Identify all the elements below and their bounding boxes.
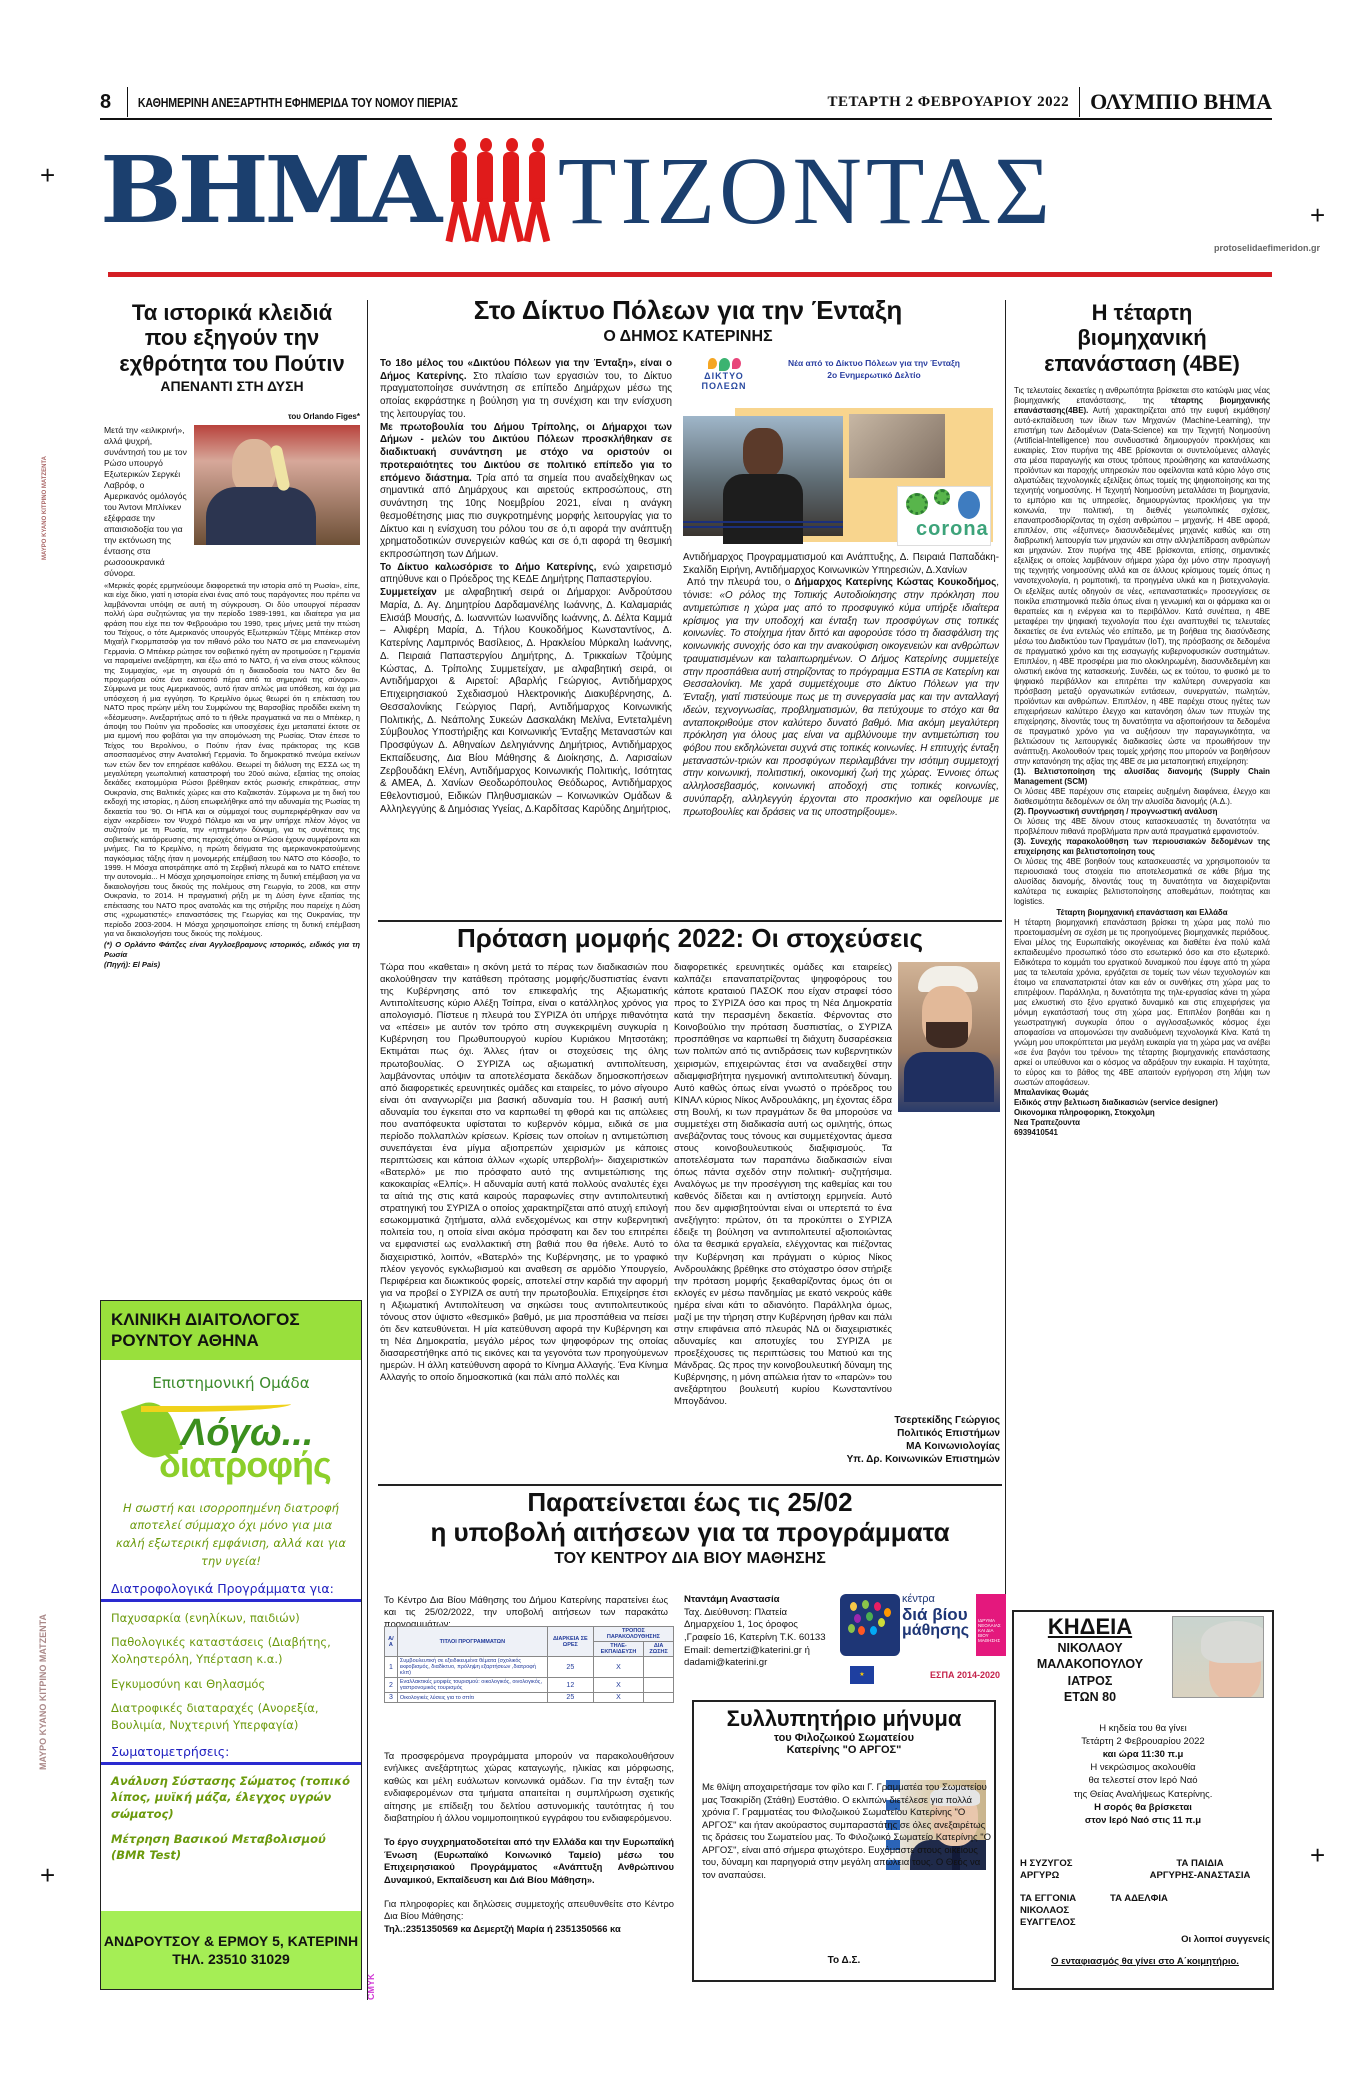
sewing-photo <box>849 414 945 478</box>
mayor-name: Δήμαρχος Κατερίνης Κώστας Κουκοδήμος <box>794 577 996 588</box>
section-divider <box>378 1484 1002 1486</box>
lifelong-contact: Νταντάμη Αναστασία Ταχ. Διεύθυνση: Πλατε… <box>684 1594 834 1670</box>
article-headline: Η τέταρτη βιομηχανική επανάσταση (4ΒΕ) <box>1014 300 1270 376</box>
mayor-quote: «Ο ρόλος της Τοπικής Αυτοδιοίκησης στην … <box>683 590 999 817</box>
article-headline: η υποβολή αιτήσεων για τα προγράμματα <box>370 1518 1010 1548</box>
motion-signature: Τσερτεκίδης Γεώργιος Πολιτικός Επιστήμων… <box>690 1414 1000 1466</box>
masthead: ΒΗΜΑ ΤΙΖΟΝΤΑΣ <box>100 130 1272 250</box>
program-item: Εγκυμοσύνη και Θηλασμός <box>101 1668 361 1693</box>
network-article-col1: Το 18ο μέλος του «Δικτύου Πόλεων για την… <box>380 358 672 816</box>
page-number: 8 <box>100 87 128 117</box>
masthead-red-rule <box>108 272 1272 277</box>
putin-photo <box>194 425 360 545</box>
condolence-sign: Το Δ.Σ. <box>694 1955 994 1966</box>
article-source: (Πηγή): El Pais) <box>104 960 360 970</box>
side-color-label: ΜΑΥΡΟ ΚΥΑΝΟ ΚΙΤΡΙΝΟ ΜΑΤΖΕΝΤΑ <box>38 1614 48 1770</box>
registration-mark-icon: + <box>1310 202 1325 228</box>
article-footnote: (*) Ο Ορλάντο Φάιτζες είναι Αγγλοεβραμον… <box>104 940 360 959</box>
diet-logo-icon: Λόγω... διατροφής <box>121 1396 341 1486</box>
measure-item: Μέτρηση Βασικού Μεταβολισμού (BMR Test) <box>101 1823 361 1864</box>
network-article: Στο Δίκτυο Πόλεων για την Ένταξη Ο ΔΗΜΟΣ… <box>378 296 998 346</box>
condolence-title: Συλλυπητήριο μήνυμα <box>694 1706 994 1732</box>
article-headline: Τα ιστορικά κλειδιά που εξηγούν την εχθρ… <box>104 300 360 376</box>
corona-drawing: corona <box>897 486 991 546</box>
ad-address: ΑΝΔΡΟΥΤΣΟΥ & ΕΡΜΟΥ 5, ΚΑΤΕΡΙΝΗ <box>101 1933 361 1951</box>
article-body: «Μερικές φορές ερμηνεύουμε διαφορετικά τ… <box>104 581 360 938</box>
author-name: Μπαλανίκας Θωμάς <box>1014 1088 1270 1098</box>
espa-logo: ΕΣΠΑ 2014-2020 <box>930 1670 1000 1680</box>
table-row: 1 Συμβουλευτική σε εξειδικευμένα θέματα … <box>385 1657 674 1678</box>
measure-item: Ανάλυση Σύστασης Σώματος (τοπικό λίπος, … <box>101 1765 361 1823</box>
programs-heading: Διατροφολογικά Προγράμματα για: <box>101 1581 361 1602</box>
table-row: 2 Εναλλακτικές μορφές τουρισμού: οικολογ… <box>385 1678 674 1693</box>
measures-heading: Σωματομετρήσεις: <box>101 1744 361 1765</box>
section-divider <box>378 920 1002 922</box>
ad-phone: ΤΗΛ. 23510 31029 <box>101 1951 361 1969</box>
network-logo-icon: ΔΙΚΤΥΟ ΠΟΛΕΩΝ <box>699 358 749 391</box>
paper-description: ΚΑΘΗΜΕΡΙΝΗ ΑΝΕΞΑΡΤΗΤΗ ΕΦΗΜΕΡΙΔΑ ΤΟΥ ΝΟΜΟ… <box>128 95 458 110</box>
condolence-text: Με θλίψη αποχαιρετήσαμε τον φίλο και Γ. … <box>702 1782 992 1882</box>
article-subtitle: Ο ΔΗΜΟΣ ΚΑΤΕΡΙΝΗΣ <box>378 328 998 346</box>
article-byline: του Orlando Figes* <box>104 412 360 421</box>
masthead-right-word: ΤΙΖΟΝΤΑΣ <box>558 135 1054 246</box>
article-subtitle: ΤΟΥ ΚΕΝΤΡΟΥ ΔΙΑ ΒΙΟΥ ΜΑΘΗΣΗΣ <box>370 1550 1010 1568</box>
column-divider <box>1005 300 1006 1600</box>
putin-article: Τα ιστορικά κλειδιά που εξηγούν την εχθρ… <box>104 300 360 969</box>
masthead-left-word: ΒΗΜΑ <box>100 136 438 244</box>
kitchen-photo <box>683 416 843 536</box>
article-headline: Πρόταση μομφής 2022: Οι στοχεύσεις <box>378 924 1002 954</box>
paragraph: με αλφαβητική σειρά οι Δήμαρχοι: Ανδρούτ… <box>380 587 672 814</box>
paper-name: ΟΛΥΜΠΙΟ ΒΗΜΑ <box>1080 89 1272 115</box>
newsletter-title: Νέα από το Δίκτυο Πόλεων για την Ένταξη <box>759 358 989 368</box>
registration-mark-icon: + <box>40 1862 55 1888</box>
dietitian-ad: ΚΛΙΝΙΚΗ ΔΙΑΙΤΟΛΟΓΟΣ ΡΟΥΝΤΟΥ ΑΘΗΝΑ Επιστη… <box>100 1300 362 1990</box>
lifelong-article: Παρατείνεται έως τις 25/02 η υποβολή αιτ… <box>370 1488 1010 1568</box>
registration-mark-icon: + <box>40 162 55 188</box>
author-photo <box>898 962 1000 1112</box>
motion-col1: Τώρα που «καθεται» η σκόνη μετά το πέρας… <box>380 962 668 1384</box>
programs-table: Α/Α ΤΙΤΛΟΙ ΠΡΟΓΡΑΜΜΑΤΩΝ ΔΙΑΡΚΕΙΑ ΣΕ ΩΡΕΣ… <box>384 1626 674 1703</box>
paragraph-bold: Συμμετείχαν <box>380 587 437 598</box>
paragraph-bold: Το Δίκτυο καλωσόρισε το Δήμο Κατερίνης, <box>380 562 596 573</box>
column-divider <box>367 300 368 2000</box>
article-headline: Παρατείνεται έως τις 25/02 <box>370 1488 1010 1518</box>
paragraph: Τρία από τα σημεία που αναδείχθηκαν ως σ… <box>380 473 672 560</box>
newsletter-subtitle: 2ο Ενημερωτικό Δελτίο <box>759 370 989 380</box>
issue-date: ΤΕΤΑΡΤΗ 2 ΦΕΒΡΟΥΑΡΙΟΥ 2022 <box>828 87 1081 117</box>
newspaper-page: + + + + ΜΑΥΡΟ ΚΥΑΝΟ ΚΙΤΡΙΝΟ ΜΑΤΖΕΝΤΑ ΜΑΥ… <box>0 0 1364 2073</box>
network-article-col2: Αντιδήμαρχος Προγραμματισμού και Ανάπτυξ… <box>683 552 999 819</box>
program-item: Παχυσαρκία (ενηλίκων, παιδιών) <box>101 1602 361 1627</box>
condolence-notice: Συλλυπητήριο μήνυμα του Φιλοζωικού Σωματ… <box>692 1700 996 1982</box>
ad-header: ΚΛΙΝΙΚΗ ΔΙΑΙΤΟΛΟΓΟΣ ΡΟΥΝΤΟΥ ΑΘΗΝΑ <box>101 1301 361 1360</box>
article-headline: Στο Δίκτυο Πόλεων για την Ένταξη <box>378 296 998 326</box>
top-bar: 8 ΚΑΘΗΜΕΡΙΝΗ ΑΝΕΞΑΡΤΗΤΗ ΕΦΗΜΕΡΙΔΑ ΤΟΥ ΝΟ… <box>100 86 1272 120</box>
funeral-notice: ΚΗΔΕΙΑ ΝΙΚΟΛΑΟΥ ΜΑΛΑΚΟΠΟΥΛΟΥ ΙΑΤΡΟΣ ΕΤΩΝ… <box>1012 1610 1274 1990</box>
ad-footer: ΑΝΔΡΟΥΤΣΟΥ & ΕΡΜΟΥ 5, ΚΑΤΕΡΙΝΗ ΤΗΛ. 2351… <box>101 1911 361 1989</box>
eu-flag-icon: ★ <box>850 1666 874 1684</box>
registration-mark-icon: + <box>1310 1842 1325 1868</box>
source-credit: protoselidaefimeridon.gr <box>1214 243 1320 253</box>
ad-slogan: Η σωστή και ισορροπημένη διατροφή αποτελ… <box>101 1500 361 1571</box>
program-item: Διατροφικές διαταραχές (Ανορεξία, Βουλιμ… <box>101 1692 361 1733</box>
email-link[interactable]: Email: demertzi@katerini.gr ή dadami@kat… <box>684 1645 834 1670</box>
article-body: Τις τελευταίες δεκαετίες η ανθρωπότητα β… <box>1014 386 1270 1138</box>
lifelong-body: Τα προσφερόμενα προγράμματα μπορούν να π… <box>384 1750 674 1935</box>
funeral-title: ΚΗΔΕΙΑ <box>1018 1614 1162 1640</box>
paragraph: Αντιδήμαρχος Προγραμματισμού και Ανάπτυξ… <box>683 552 999 576</box>
article-subtitle: ΑΠΕΝΑΝΤΙ ΣΤΗ ΔΥΣΗ <box>104 378 360 394</box>
motion-article: Πρόταση μομφής 2022: Οι στοχεύσεις <box>378 924 1002 954</box>
article-intro: Μετά την «ειλικρινή», αλλά ψυχρή, συνάντ… <box>104 425 188 579</box>
author-phone: 6939410541 <box>1014 1128 1270 1138</box>
tree-icon <box>840 1594 900 1656</box>
network-newsletter-image: ΔΙΚΤΥΟ ΠΟΛΕΩΝ Νέα από το Δίκτυο Πόλεων γ… <box>683 354 999 546</box>
walking-figures-icon <box>448 138 548 242</box>
deceased-photo <box>1172 1616 1264 1698</box>
table-row: 3 Οικολογικές λύσεις για το σπίτι 25 X <box>385 1693 674 1703</box>
side-color-label: ΜΑΥΡΟ ΚΥΑΝΟ ΚΙΤΡΙΝΟ ΜΑΤΖΕΝΤΑ <box>42 456 48 560</box>
program-item: Παθολογικές καταστάσεις (Διαβήτης, Χολησ… <box>101 1626 361 1667</box>
industry-article: Η τέταρτη βιομηχανική επανάσταση (4ΒΕ) Τ… <box>1014 300 1270 1138</box>
lifelong-learning-logo: κέντρα διά βίου μάθησης ΙΔΡΥΜΑ ΝΕΟΛΑΙΑΣ … <box>840 1594 1010 1694</box>
motion-col2: διαφορετικές ερευνητικές ομάδες και εται… <box>674 962 892 1408</box>
